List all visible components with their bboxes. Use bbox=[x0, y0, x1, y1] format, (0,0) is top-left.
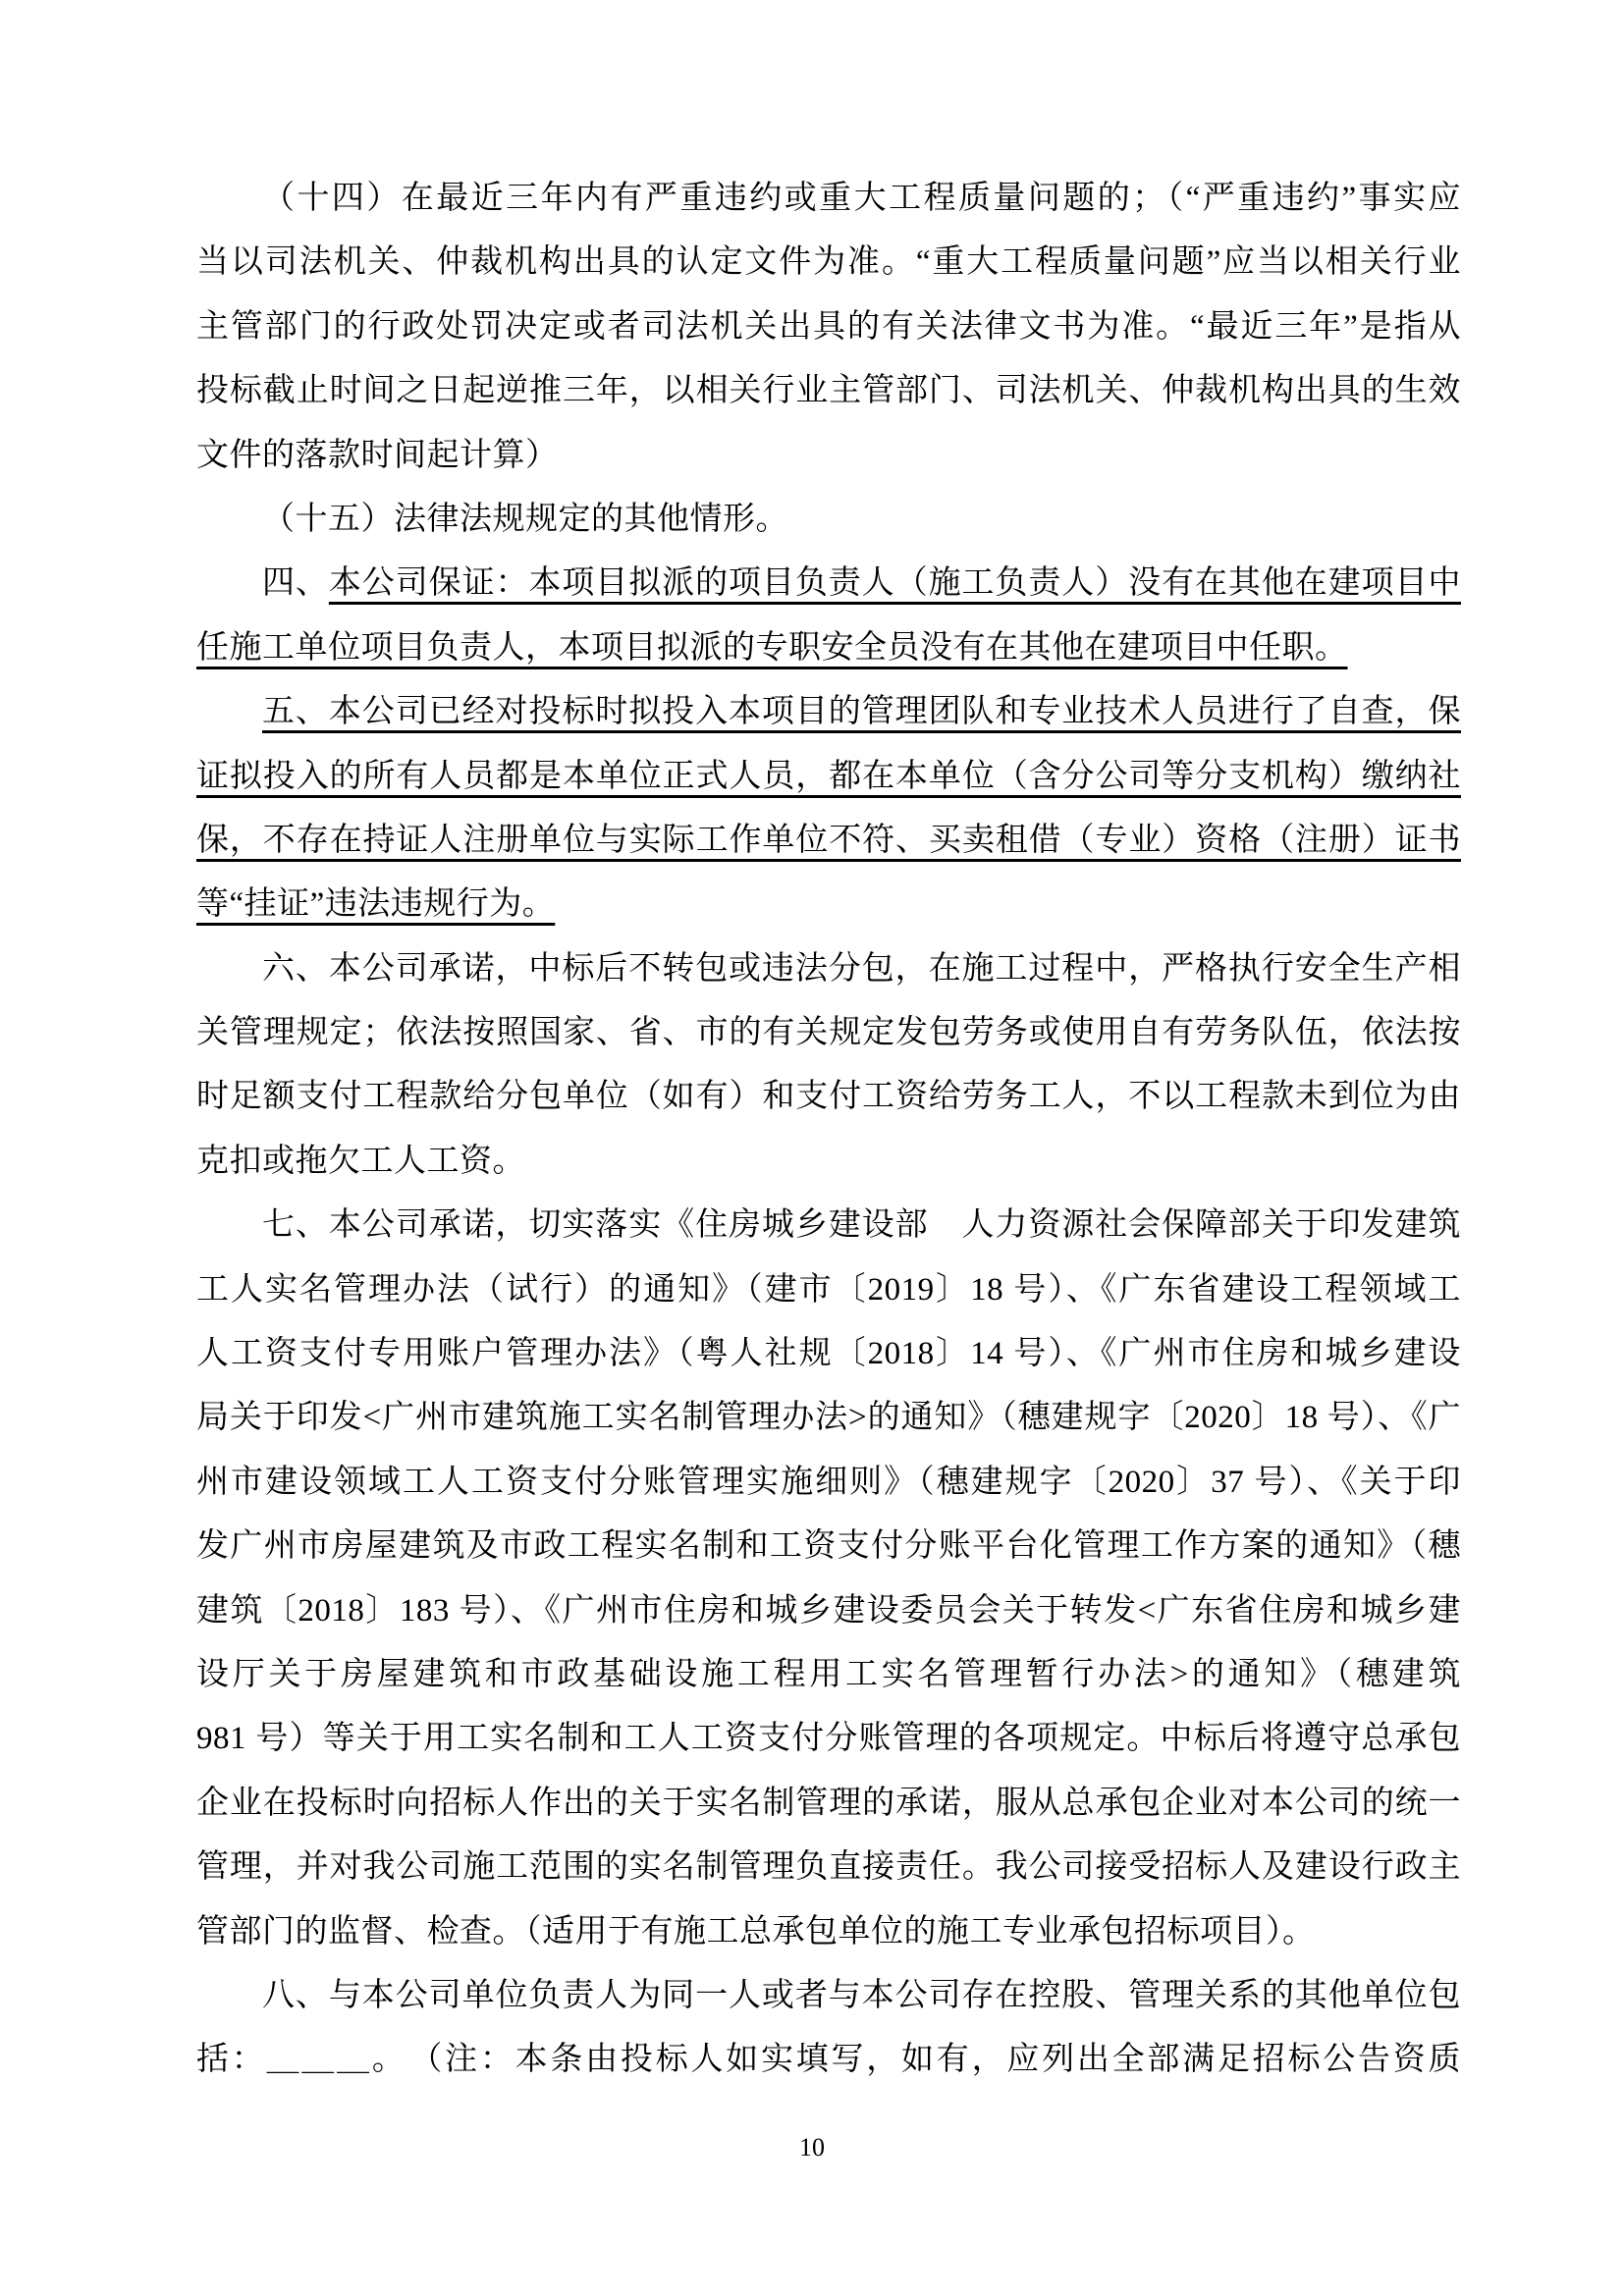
paragraph: 六、本公司承诺，中标后不转包或违法分包，在施工过程中，严格执行安全生产相关管理规… bbox=[196, 937, 1461, 1195]
text-line: 州市建设领域工人工资支付分账管理实施细则》（穗建规字〔2020〕37 号）、《关… bbox=[196, 1451, 1461, 1515]
document-body: （十四）在最近三年内有严重违约或重大工程质量问题的；（“严重违约”事实应当以司法… bbox=[196, 167, 1461, 2093]
text-line: 保，不存在持证人注册单位与实际工作单位不符、买卖租借（专业）资格（注册）证书 bbox=[196, 809, 1461, 873]
text-line: 文件的落款时间起计算） bbox=[196, 424, 1461, 488]
text-line: 括：＿＿＿。 （注：本条由投标人如实填写，如有，应列出全部满足招标公告资质 bbox=[196, 2028, 1461, 2092]
underlined-text: 任施工单位项目负责人，本项目拟派的专职安全员没有在其他在建项目中任职。 bbox=[196, 630, 1348, 666]
text-line: 局关于印发<广州市建筑施工实名制管理办法>的通知》（穗建规字〔2020〕18 号… bbox=[196, 1386, 1461, 1450]
underlined-paragraph: 五、本公司已经对投标时拟投入本项目的管理团队和专业技术人员进行了自查，保证拟投入… bbox=[196, 680, 1461, 937]
text-line: 四、本公司保证：本项目拟派的项目负责人（施工负责人）没有在其他在建项目中 bbox=[196, 552, 1461, 615]
text-line: 发广州市房屋建筑及市政工程实名制和工资支付分账平台化管理工作方案的通知》（穗 bbox=[196, 1515, 1461, 1578]
page-number: 10 bbox=[799, 2133, 825, 2162]
text-line: 工人实名管理办法（试行）的通知》（建市〔2019〕18 号）、《广东省建设工程领… bbox=[196, 1258, 1461, 1322]
underlined-text: 证拟投入的所有人员都是本单位正式人员，都在本单位（含分公司等分支机构）缴纳社 bbox=[196, 759, 1461, 794]
text-line: 八、与本公司单位负责人为同一人或者与本公司存在控股、管理关系的其他单位包 bbox=[196, 1964, 1461, 2028]
text-line: 管理，并对我公司施工范围的实名制管理负直接责任。我公司接受招标人及建设行政主 bbox=[196, 1836, 1461, 1899]
underlined-paragraph: 四、本公司保证：本项目拟派的项目负责人（施工负责人）没有在其他在建项目中任施工单… bbox=[196, 552, 1461, 680]
text-line: 七、本公司承诺，切实落实《住房城乡建设部 人力资源社会保障部关于印发建筑 bbox=[196, 1194, 1461, 1257]
text-line: 投标截止时间之日起逆推三年，以相关行业主管部门、司法机关、仲裁机构出具的生效 bbox=[196, 359, 1461, 423]
text-line: 时足额支付工程款给分包单位（如有）和支付工资给劳务工人，不以工程款未到位为由 bbox=[196, 1065, 1461, 1129]
text-line: 克扣或拖欠工人工资。 bbox=[196, 1130, 1461, 1194]
underlined-text: 本公司保证：本项目拟派的项目负责人（施工负责人）没有在其他在建项目中 bbox=[329, 565, 1461, 601]
underlined-text: 五、本公司已经对投标时拟投入本项目的管理团队和专业技术人员进行了自查，保 bbox=[262, 694, 1461, 729]
underlined-text: 等“挂证”违法违规行为。 bbox=[196, 886, 555, 922]
text-line: 五、本公司已经对投标时拟投入本项目的管理团队和专业技术人员进行了自查，保 bbox=[196, 680, 1461, 744]
text-line: 等“挂证”违法违规行为。 bbox=[196, 873, 1461, 936]
text-line: （十五）法律法规规定的其他情形。 bbox=[196, 488, 1461, 552]
paragraph: 八、与本公司单位负责人为同一人或者与本公司存在控股、管理关系的其他单位包括：＿＿… bbox=[196, 1964, 1461, 2093]
text-line: 主管部门的行政处罚决定或者司法机关出具的有关法律文书为准。“最近三年”是指从 bbox=[196, 295, 1461, 359]
text-line: 当以司法机关、仲裁机构出具的认定文件为准。“重大工程质量问题”应当以相关行业 bbox=[196, 231, 1461, 294]
text-line: （十四）在最近三年内有严重违约或重大工程质量问题的；（“严重违约”事实应 bbox=[196, 167, 1461, 231]
text-line: 管部门的监督、检查。（适用于有施工总承包单位的施工专业承包招标项目）。 bbox=[196, 1900, 1461, 1964]
text-line: 任施工单位项目负责人，本项目拟派的专职安全员没有在其他在建项目中任职。 bbox=[196, 616, 1461, 680]
text-line: 六、本公司承诺，中标后不转包或违法分包，在施工过程中，严格执行安全生产相 bbox=[196, 937, 1461, 1001]
text-line: 人工资支付专用账户管理办法》（粤人社规〔2018〕14 号）、《广州市住房和城乡… bbox=[196, 1322, 1461, 1386]
page-footer: 10 bbox=[0, 2128, 1624, 2167]
text-line: 关管理规定；依法按照国家、省、市的有关规定发包劳务或使用自有劳务队伍，依法按 bbox=[196, 1001, 1461, 1065]
text-line: 建筑〔2018〕183 号）、《广州市住房和城乡建设委员会关于转发<广东省住房和… bbox=[196, 1579, 1461, 1643]
text-line: 证拟投入的所有人员都是本单位正式人员，都在本单位（含分公司等分支机构）缴纳社 bbox=[196, 745, 1461, 809]
text-line: 设厅关于房屋建筑和市政基础设施工程用工实名管理暂行办法>的通知》（穗建筑〔201… bbox=[196, 1643, 1461, 1707]
text-line: 企业在投标时向招标人作出的关于实名制管理的承诺，服从总承包企业对本公司的统一 bbox=[196, 1772, 1461, 1836]
paragraph: 七、本公司承诺，切实落实《住房城乡建设部 人力资源社会保障部关于印发建筑工人实名… bbox=[196, 1194, 1461, 1964]
clause-number: 四、 bbox=[262, 565, 329, 601]
document-page: （十四）在最近三年内有严重违约或重大工程质量问题的；（“严重违约”事实应当以司法… bbox=[0, 0, 1624, 2296]
underlined-text: 保，不存在持证人注册单位与实际工作单位不符、买卖租借（专业）资格（注册）证书 bbox=[196, 823, 1461, 858]
paragraph: （十四）在最近三年内有严重违约或重大工程质量问题的；（“严重违约”事实应当以司法… bbox=[196, 167, 1461, 488]
paragraph: （十五）法律法规规定的其他情形。 bbox=[196, 488, 1461, 552]
text-line: 981 号）等关于用工实名制和工人工资支付分账管理的各项规定。中标后将遵守总承包 bbox=[196, 1707, 1461, 1771]
